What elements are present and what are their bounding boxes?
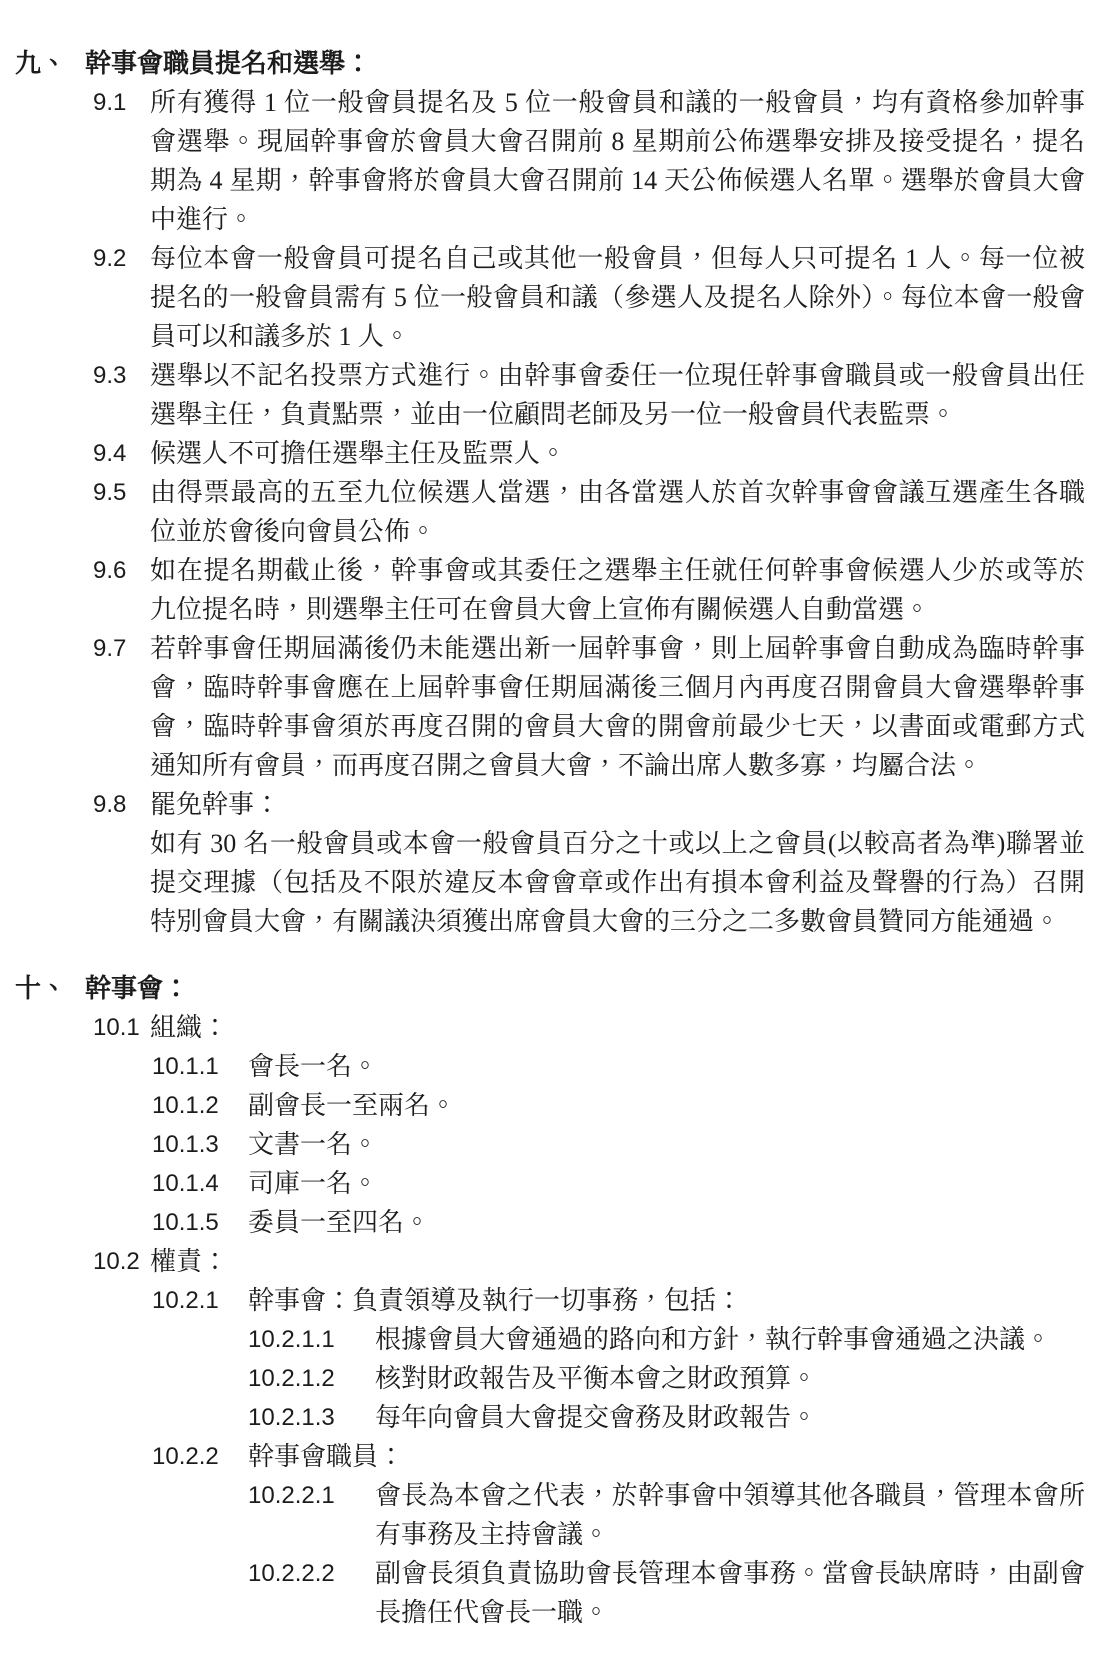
clause-9-3: 9.3 選舉以不記名投票方式進行。由幹事會委任一位現任幹事會職員或一般會員出任選… [0, 356, 1085, 434]
clause-number: 9.2 [93, 239, 126, 278]
clause-text: 會長一名。 [248, 1052, 378, 1081]
clause-number: 10.2.1.2 [248, 1359, 335, 1398]
clause-text: 委員一至四名。 [248, 1208, 430, 1237]
clause-text: 每位本會一般會員可提名自己或其他一般會員，但每人只可提名 1 人。每一位被提名的… [150, 244, 1085, 351]
clause-10-2: 10.2 權責： [0, 1242, 1085, 1281]
clause-text: 候選人不可擔任選舉主任及監票人。 [150, 439, 566, 468]
clause-number: 10.1 [93, 1008, 140, 1047]
clause-10-2-1-3: 10.2.1.3 每年向會員大會提交會務及財政報告。 [0, 1398, 1085, 1437]
clause-text: 所有獲得 1 位一般會員提名及 5 位一般會員和議的一般會員，均有資格參加幹事會… [150, 88, 1085, 234]
clause-10-1-5: 10.1.5 委員一至四名。 [0, 1203, 1085, 1242]
clause-number: 10.1.3 [152, 1125, 219, 1164]
clause-9-4: 9.4 候選人不可擔任選舉主任及監票人。 [0, 434, 1085, 473]
clause-number: 9.1 [93, 83, 126, 122]
section-number: 十、 [15, 969, 67, 1008]
clause-number: 9.5 [93, 473, 126, 512]
clause-text: 幹事會：負責領導及執行一切事務，包括： [248, 1286, 742, 1315]
section-title: 幹事會職員提名和選舉： [85, 49, 371, 78]
clause-10-2-1-1: 10.2.1.1 根據會員大會通過的路向和方針，執行幹事會通過之決議。 [0, 1320, 1085, 1359]
section-heading: 十、 幹事會： [0, 969, 1085, 1008]
clause-10-1-1: 10.1.1 會長一名。 [0, 1047, 1085, 1086]
clause-10-2-2-1: 10.2.2.1 會長為本會之代表，於幹事會中領導其他各職員，管理本會所有事務及… [0, 1476, 1085, 1554]
clause-text: 司庫一名。 [248, 1169, 378, 1198]
clause-10-2-2: 10.2.2 幹事會職員： [0, 1437, 1085, 1476]
clause-number: 10.2.1.3 [248, 1398, 335, 1437]
clause-9-5: 9.5 由得票最高的五至九位候選人當選，由各當選人於首次幹事會會議互選產生各職位… [0, 473, 1085, 551]
clause-text: 罷免幹事： [150, 790, 280, 819]
clause-number: 10.2.2.2 [248, 1554, 335, 1593]
clause-number: 10.2.1.1 [248, 1320, 335, 1359]
clause-number: 10.2.2.1 [248, 1476, 335, 1515]
clause-10-1-2: 10.1.2 副會長一至兩名。 [0, 1086, 1085, 1125]
clause-10-2-1: 10.2.1 幹事會：負責領導及執行一切事務，包括： [0, 1281, 1085, 1320]
clause-10-1-4: 10.1.4 司庫一名。 [0, 1164, 1085, 1203]
clause-10-2-1-2: 10.2.1.2 核對財政報告及平衡本會之財政預算。 [0, 1359, 1085, 1398]
section-committee-election: 九、 幹事會職員提名和選舉： 9.1 所有獲得 1 位一般會員提名及 5 位一般… [0, 44, 1085, 941]
clause-text: 由得票最高的五至九位候選人當選，由各當選人於首次幹事會會議互選產生各職位並於會後… [150, 478, 1085, 546]
clause-number: 10.2.1 [152, 1281, 219, 1320]
clause-number: 9.4 [93, 434, 126, 473]
clause-9-8-paragraph: 如有 30 名一般會員或本會一般會員百分之十或以上之會員(以較高者為準)聯署並提… [0, 824, 1085, 941]
clause-10-1-3: 10.1.3 文書一名。 [0, 1125, 1085, 1164]
clause-text: 選舉以不記名投票方式進行。由幹事會委任一位現任幹事會職員或一般會員出任選舉主任，… [150, 361, 1085, 429]
clause-text: 副會長一至兩名。 [248, 1091, 456, 1120]
clause-text: 組織： [150, 1013, 228, 1042]
document-page: 九、 幹事會職員提名和選舉： 9.1 所有獲得 1 位一般會員提名及 5 位一般… [0, 0, 1105, 1662]
section-title: 幹事會： [85, 974, 189, 1003]
clause-text: 幹事會職員： [248, 1442, 404, 1471]
clause-text: 權責： [150, 1247, 228, 1276]
clause-9-8: 9.8 罷免幹事： [0, 785, 1085, 824]
clause-text: 副會長須負責協助會長管理本會事務。當會長缺席時，由副會長擔任代會長一職。 [375, 1559, 1085, 1627]
clause-9-1: 9.1 所有獲得 1 位一般會員提名及 5 位一般會員和議的一般會員，均有資格參… [0, 83, 1085, 239]
clause-10-2-2-2: 10.2.2.2 副會長須負責協助會長管理本會事務。當會長缺席時，由副會長擔任代… [0, 1554, 1085, 1632]
clause-number: 10.1.4 [152, 1164, 219, 1203]
section-heading: 九、 幹事會職員提名和選舉： [0, 44, 1085, 83]
clause-text: 若幹事會任期屆滿後仍未能選出新一屆幹事會，則上屆幹事會自動成為臨時幹事會，臨時幹… [150, 634, 1085, 780]
clause-number: 10.1.1 [152, 1047, 219, 1086]
clause-number: 10.1.2 [152, 1086, 219, 1125]
clause-number: 10.2.2 [152, 1437, 219, 1476]
clause-9-2: 9.2 每位本會一般會員可提名自己或其他一般會員，但每人只可提名 1 人。每一位… [0, 239, 1085, 356]
clause-text: 核對財政報告及平衡本會之財政預算。 [375, 1364, 817, 1393]
clause-number: 10.1.5 [152, 1203, 219, 1242]
clause-text: 文書一名。 [248, 1130, 378, 1159]
clause-text: 每年向會員大會提交會務及財政報告。 [375, 1403, 817, 1432]
clause-number: 9.7 [93, 629, 126, 668]
section-committee: 十、 幹事會： 10.1 組織： 10.1.1 會長一名。 10.1.2 副會長… [0, 969, 1085, 1632]
clause-number: 9.6 [93, 551, 126, 590]
clause-9-6: 9.6 如在提名期截止後，幹事會或其委任之選舉主任就任何幹事會候選人少於或等於九… [0, 551, 1085, 629]
clause-9-7: 9.7 若幹事會任期屆滿後仍未能選出新一屆幹事會，則上屆幹事會自動成為臨時幹事會… [0, 629, 1085, 785]
clause-text: 如在提名期截止後，幹事會或其委任之選舉主任就任何幹事會候選人少於或等於九位提名時… [150, 556, 1085, 624]
clause-text: 根據會員大會通過的路向和方針，執行幹事會通過之決議。 [375, 1325, 1051, 1354]
clause-number: 9.3 [93, 356, 126, 395]
clause-number: 10.2 [93, 1242, 140, 1281]
clause-text: 會長為本會之代表，於幹事會中領導其他各職員，管理本會所有事務及主持會議。 [375, 1481, 1085, 1549]
clause-10-1: 10.1 組織： [0, 1008, 1085, 1047]
section-number: 九、 [15, 44, 67, 83]
clause-number: 9.8 [93, 785, 126, 824]
